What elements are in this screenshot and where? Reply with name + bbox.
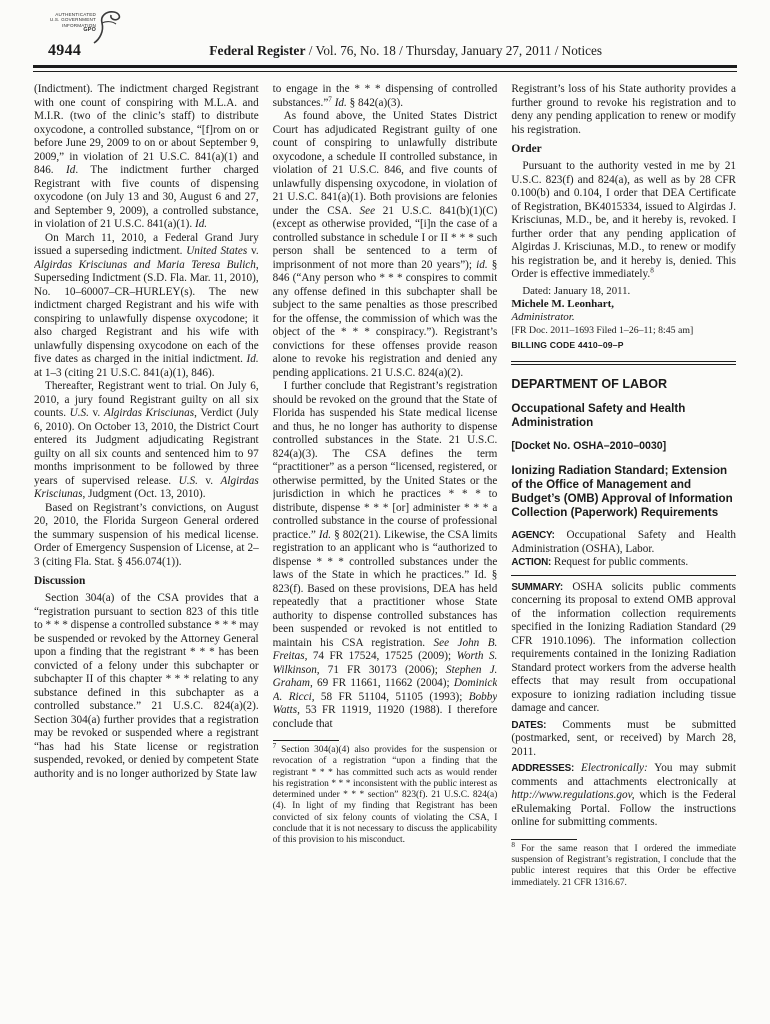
billing-code: BILLING CODE 4410–09–P <box>511 340 736 351</box>
section-divider <box>511 361 736 366</box>
docket-number: [Docket No. OSHA–2010–0030] <box>511 440 736 453</box>
masthead-title: Federal Register / Vol. 76, No. 18 / Thu… <box>81 43 730 59</box>
signatory-title: Administrator. <box>511 311 736 324</box>
discussion-heading: Discussion <box>34 575 259 587</box>
header-rule <box>33 65 737 72</box>
body-paragraph: Section 304(a) of the CSA provides that … <box>34 592 259 781</box>
fr-doc-line: [FR Doc. 2011–1693 Filed 1–26–11; 8:45 a… <box>511 325 736 337</box>
summary-paragraph: SUMMARY: OSHA solicits public comments c… <box>511 581 736 716</box>
notice-title: Ionizing Radiation Standard; Extension o… <box>511 464 736 519</box>
signatory-name: Michele M. Leonhart, <box>511 298 736 311</box>
gpo-eagle-icon <box>90 9 124 52</box>
body-paragraph: Registrant’s loss of his State authority… <box>511 83 736 137</box>
addresses-paragraph: ADDRESSES: Electronically: You may submi… <box>511 762 736 830</box>
footnote-separator <box>511 839 577 840</box>
footnote-separator <box>273 740 339 741</box>
gpo-logo-text: AUTHENTICATED U.S. GOVERNMENT INFORMATIO… <box>40 12 96 34</box>
action-line: ACTION: Request for public comments. <box>511 556 736 570</box>
body-paragraph: Pursuant to the authority vested in me b… <box>511 160 736 282</box>
body-paragraph: I further conclude that Registrant’s reg… <box>273 380 498 731</box>
body-paragraph: to engage in the * * * dispensing of con… <box>273 83 498 110</box>
federal-register-page: { "colors": { "ink": "#1b1b1b", "paper":… <box>0 0 770 1024</box>
text-columns: (Indictment). The indictment charged Reg… <box>0 83 770 1019</box>
column-2: to engage in the * * * dispensing of con… <box>273 83 498 1019</box>
order-heading: Order <box>511 143 736 155</box>
column-3: Registrant’s loss of his State authority… <box>511 83 736 1019</box>
body-paragraph: As found above, the United States Distri… <box>273 110 498 380</box>
summary-rule <box>511 575 736 576</box>
masthead-bold: Federal Register <box>209 43 305 58</box>
department-heading: DEPARTMENT OF LABOR <box>511 377 736 391</box>
dates-paragraph: DATES: Comments must be submitted (postm… <box>511 719 736 760</box>
dated-line: Dated: January 18, 2011. <box>511 285 736 298</box>
body-paragraph: Based on Registrant’s convictions, on Au… <box>34 502 259 570</box>
body-paragraph: Thereafter, Registrant went to trial. On… <box>34 380 259 502</box>
column-1: (Indictment). The indictment charged Reg… <box>34 83 259 1019</box>
footnote-7: 7 Section 304(a)(4) also provides for th… <box>273 745 498 847</box>
body-paragraph: On March 11, 2010, a Federal Grand Jury … <box>34 232 259 381</box>
agency-heading: Occupational Safety and Health Administr… <box>511 402 736 429</box>
agency-line: AGENCY: Occupational Safety and Health A… <box>511 529 736 556</box>
footnote-8: 8 For the same reason that I ordered the… <box>511 844 736 889</box>
body-paragraph: (Indictment). The indictment charged Reg… <box>34 83 259 232</box>
masthead-rest: / Vol. 76, No. 18 / Thursday, January 27… <box>306 43 602 58</box>
gpo-authenticated-logo: AUTHENTICATED U.S. GOVERNMENT INFORMATIO… <box>40 9 126 47</box>
